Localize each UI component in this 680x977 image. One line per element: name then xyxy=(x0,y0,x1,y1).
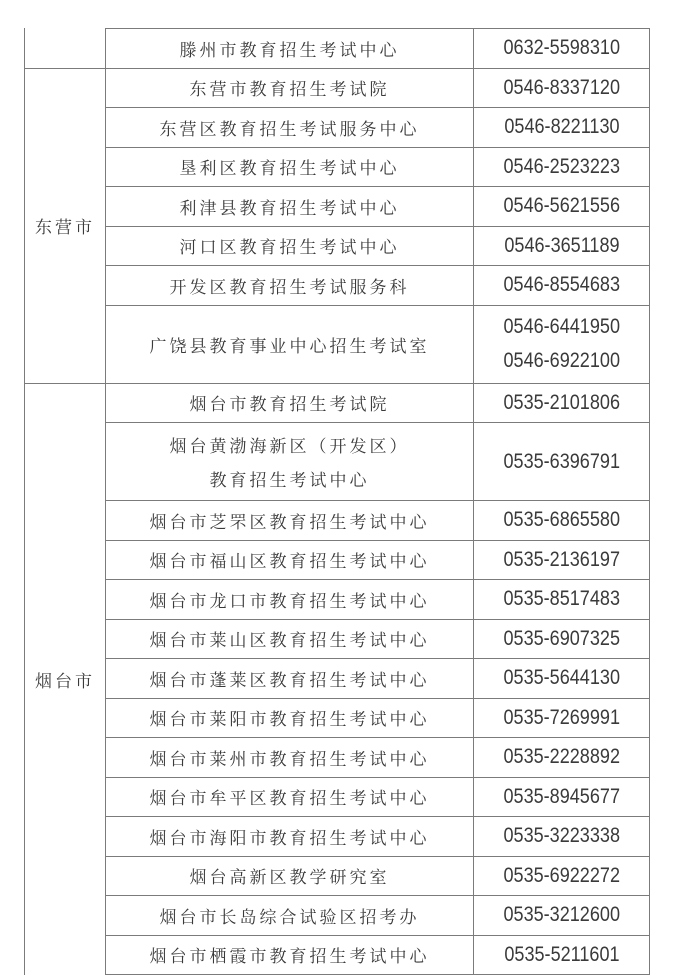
table-row: 广饶县教育事业中心招生考试室0546-64419500546-6922100 xyxy=(106,305,649,383)
institution-cell: 滕州市教育招生考试中心 xyxy=(106,29,473,68)
institution-name: 东营区教育招生考试服务中心 xyxy=(160,115,420,140)
city-band: 烟台市烟台市教育招生考试院0535-2101806烟台黄渤海新区（开发区）教育招… xyxy=(24,383,650,976)
phone-number: 0535-5644130 xyxy=(503,666,620,690)
institution-cell: 烟台市莱山区教育招生考试中心 xyxy=(106,620,473,659)
institution-name: 烟台市龙口市教育招生考试中心 xyxy=(150,587,430,612)
phone-number: 0546-8221130 xyxy=(504,115,619,139)
institution-name-lines: 烟台市栖霞市教育招生考试中心 xyxy=(106,936,473,975)
institution-name-lines: 广饶县教育事业中心招生考试室 xyxy=(106,306,473,383)
table-row: 烟台市牟平区教育招生考试中心0535-8945677 xyxy=(106,777,649,817)
institution-cell: 烟台市海阳市教育招生考试中心 xyxy=(106,817,473,856)
table-row: 烟台市海阳市教育招生考试中心0535-3223338 xyxy=(106,816,649,856)
phone-number-lines: 0535-2228892 xyxy=(474,738,649,777)
phone-cell: 0535-5644130 xyxy=(473,659,649,698)
institution-name-lines: 烟台市龙口市教育招生考试中心 xyxy=(106,580,473,619)
institution-name-lines: 烟台市莱山区教育招生考试中心 xyxy=(106,620,473,659)
institution-cell: 烟台高新区教学研究室 xyxy=(106,857,473,896)
institution-cell: 开发区教育招生考试服务科 xyxy=(106,266,473,305)
table-row: 烟台市莱州市教育招生考试中心0535-2228892 xyxy=(106,737,649,777)
phone-number: 0546-3651189 xyxy=(504,234,619,258)
phone-number: 0546-8337120 xyxy=(503,76,620,100)
institution-cell: 烟台市栖霞市教育招生考试中心 xyxy=(106,936,473,975)
table-row: 烟台市莱阳市教育招生考试中心0535-7269991 xyxy=(106,698,649,738)
table-row: 烟台市长岛综合试验区招考办0535-3212600 xyxy=(106,895,649,935)
phone-number-lines: 0535-5211601 xyxy=(474,936,649,975)
table-row: 烟台高新区教学研究室0535-6922272 xyxy=(106,856,649,896)
phone-number: 0535-6396791 xyxy=(503,450,620,474)
institution-name: 烟台市莱州市教育招生考试中心 xyxy=(150,745,430,770)
table-row: 开发区教育招生考试服务科0546-8554683 xyxy=(106,265,649,305)
institution-name: 东营市教育招生考试院 xyxy=(190,75,390,100)
phone-number: 0632-5598310 xyxy=(503,36,620,60)
phone-number-lines: 0535-3212600 xyxy=(474,896,649,935)
institution-name: 烟台市莱山区教育招生考试中心 xyxy=(150,626,430,651)
institution-name-lines: 河口区教育招生考试中心 xyxy=(106,227,473,266)
phone-cell: 0546-3651189 xyxy=(473,227,649,266)
phone-number-lines: 0546-3651189 xyxy=(474,227,649,266)
phone-cell: 0535-7269991 xyxy=(473,699,649,738)
table-row: 烟台市龙口市教育招生考试中心0535-8517483 xyxy=(106,579,649,619)
phone-cell: 0632-5598310 xyxy=(473,29,649,68)
phone-cell: 0535-6396791 xyxy=(473,423,649,500)
phone-number-lines: 0535-8945677 xyxy=(474,778,649,817)
institution-name-lines: 烟台市牟平区教育招生考试中心 xyxy=(106,778,473,817)
phone-cell: 0535-3212600 xyxy=(473,896,649,935)
institution-name-lines: 烟台市长岛综合试验区招考办 xyxy=(106,896,473,935)
phone-cell: 0546-64419500546-6922100 xyxy=(473,306,649,383)
institution-cell: 烟台市蓬莱区教育招生考试中心 xyxy=(106,659,473,698)
institution-name-lines: 烟台市福山区教育招生考试中心 xyxy=(106,541,473,580)
phone-cell: 0535-5211601 xyxy=(473,936,649,975)
city-band: 东营市东营市教育招生考试院0546-8337120东营区教育招生考试服务中心05… xyxy=(24,68,650,383)
phone-number: 0535-2136197 xyxy=(503,548,620,572)
institution-name-lines: 烟台市莱州市教育招生考试中心 xyxy=(106,738,473,777)
phone-number: 0535-7269991 xyxy=(503,706,620,730)
institution-cell: 广饶县教育事业中心招生考试室 xyxy=(106,306,473,383)
city-label: 烟台市 xyxy=(35,667,95,692)
institution-name: 烟台市牟平区教育招生考试中心 xyxy=(150,784,430,809)
institution-cell: 烟台市福山区教育招生考试中心 xyxy=(106,541,473,580)
phone-number: 0535-2101806 xyxy=(503,391,620,415)
phone-cell: 0535-8517483 xyxy=(473,580,649,619)
institution-name: 烟台市蓬莱区教育招生考试中心 xyxy=(150,666,430,691)
institution-cell: 烟台市牟平区教育招生考试中心 xyxy=(106,778,473,817)
institution-cell: 烟台市教育招生考试院 xyxy=(106,384,473,423)
phone-number-lines: 0546-8554683 xyxy=(474,266,649,305)
phone-number: 0535-2228892 xyxy=(503,745,620,769)
city-band: 滕州市教育招生考试中心0632-5598310 xyxy=(24,28,650,68)
institution-name: 烟台黄渤海新区（开发区） xyxy=(170,432,410,457)
phone-number-lines: 0535-3223338 xyxy=(474,817,649,856)
institution-name: 垦利区教育招生考试中心 xyxy=(180,154,400,179)
institution-name-lines: 滕州市教育招生考试中心 xyxy=(106,29,473,68)
phone-number: 0535-8945677 xyxy=(503,785,620,809)
institution-name: 烟台市栖霞市教育招生考试中心 xyxy=(150,942,430,967)
phone-cell: 0535-3223338 xyxy=(473,817,649,856)
exam-center-contact-table: 滕州市教育招生考试中心0632-5598310东营市东营市教育招生考试院0546… xyxy=(24,28,650,975)
city-cell: 东营市 xyxy=(24,69,105,383)
city-cell xyxy=(24,28,105,68)
institution-name-lines: 利津县教育招生考试中心 xyxy=(106,187,473,226)
phone-cell: 0546-5621556 xyxy=(473,187,649,226)
band-rows: 烟台市教育招生考试院0535-2101806烟台黄渤海新区（开发区）教育招生考试… xyxy=(105,384,650,976)
phone-number: 0535-5211601 xyxy=(504,943,619,967)
institution-name-lines: 烟台高新区教学研究室 xyxy=(106,857,473,896)
city-label: 东营市 xyxy=(35,213,95,238)
table-row: 烟台市栖霞市教育招生考试中心0535-5211601 xyxy=(106,935,649,975)
table-row: 烟台黄渤海新区（开发区）教育招生考试中心0535-6396791 xyxy=(106,422,649,500)
phone-number-lines: 0535-7269991 xyxy=(474,699,649,738)
phone-number-lines: 0535-6865580 xyxy=(474,501,649,540)
institution-name-lines: 烟台市蓬莱区教育招生考试中心 xyxy=(106,659,473,698)
institution-name: 烟台市教育招生考试院 xyxy=(190,390,390,415)
city-cell: 烟台市 xyxy=(24,384,105,976)
phone-number-lines: 0535-6396791 xyxy=(474,423,649,500)
institution-name: 利津县教育招生考试中心 xyxy=(180,194,400,219)
institution-cell: 烟台黄渤海新区（开发区）教育招生考试中心 xyxy=(106,423,473,500)
phone-number: 0535-8517483 xyxy=(503,587,620,611)
table-row: 利津县教育招生考试中心0546-5621556 xyxy=(106,186,649,226)
phone-number-lines: 0546-64419500546-6922100 xyxy=(474,306,649,383)
phone-cell: 0546-8554683 xyxy=(473,266,649,305)
phone-cell: 0535-2101806 xyxy=(473,384,649,423)
phone-number: 0546-8554683 xyxy=(503,273,620,297)
phone-number-lines: 0535-5644130 xyxy=(474,659,649,698)
phone-number-lines: 0535-6907325 xyxy=(474,620,649,659)
phone-number-lines: 0535-2136197 xyxy=(474,541,649,580)
institution-cell: 烟台市芝罘区教育招生考试中心 xyxy=(106,501,473,540)
phone-cell: 0535-6907325 xyxy=(473,620,649,659)
institution-cell: 烟台市龙口市教育招生考试中心 xyxy=(106,580,473,619)
phone-number: 0546-6922100 xyxy=(503,349,620,373)
table-row: 垦利区教育招生考试中心0546-2523223 xyxy=(106,147,649,187)
institution-name-lines: 烟台市教育招生考试院 xyxy=(106,384,473,423)
institution-cell: 东营市教育招生考试院 xyxy=(106,69,473,108)
institution-name: 烟台市长岛综合试验区招考办 xyxy=(160,903,420,928)
phone-cell: 0535-8945677 xyxy=(473,778,649,817)
institution-name-lines: 东营区教育招生考试服务中心 xyxy=(106,108,473,147)
phone-number: 0546-6441950 xyxy=(503,315,620,339)
institution-cell: 烟台市长岛综合试验区招考办 xyxy=(106,896,473,935)
phone-number: 0535-3223338 xyxy=(503,824,620,848)
phone-number: 0535-6865580 xyxy=(503,508,620,532)
phone-number-lines: 0546-8337120 xyxy=(474,69,649,108)
institution-name: 广饶县教育事业中心招生考试室 xyxy=(150,332,430,357)
institution-name: 烟台市莱阳市教育招生考试中心 xyxy=(150,705,430,730)
institution-name-lines: 东营市教育招生考试院 xyxy=(106,69,473,108)
table-row: 烟台市福山区教育招生考试中心0535-2136197 xyxy=(106,540,649,580)
phone-cell: 0546-8221130 xyxy=(473,108,649,147)
institution-name: 烟台市海阳市教育招生考试中心 xyxy=(150,824,430,849)
institution-cell: 利津县教育招生考试中心 xyxy=(106,187,473,226)
institution-name-lines: 烟台市海阳市教育招生考试中心 xyxy=(106,817,473,856)
phone-number: 0535-6922272 xyxy=(503,864,620,888)
phone-cell: 0546-8337120 xyxy=(473,69,649,108)
band-rows: 东营市教育招生考试院0546-8337120东营区教育招生考试服务中心0546-… xyxy=(105,69,650,383)
phone-number: 0546-5621556 xyxy=(503,194,620,218)
phone-number: 0535-3212600 xyxy=(503,903,620,927)
table-row: 东营区教育招生考试服务中心0546-8221130 xyxy=(106,107,649,147)
institution-name: 滕州市教育招生考试中心 xyxy=(180,36,400,61)
institution-name: 河口区教育招生考试中心 xyxy=(180,233,400,258)
institution-cell: 垦利区教育招生考试中心 xyxy=(106,148,473,187)
phone-number-lines: 0546-2523223 xyxy=(474,148,649,187)
table-row: 河口区教育招生考试中心0546-3651189 xyxy=(106,226,649,266)
institution-name-lines: 烟台市芝罘区教育招生考试中心 xyxy=(106,501,473,540)
institution-name: 烟台市芝罘区教育招生考试中心 xyxy=(150,508,430,533)
table-row: 滕州市教育招生考试中心0632-5598310 xyxy=(106,29,649,68)
phone-number: 0535-6907325 xyxy=(503,627,620,651)
institution-cell: 烟台市莱阳市教育招生考试中心 xyxy=(106,699,473,738)
table-row: 烟台市芝罘区教育招生考试中心0535-6865580 xyxy=(106,500,649,540)
table-row: 烟台市蓬莱区教育招生考试中心0535-5644130 xyxy=(106,658,649,698)
institution-cell: 东营区教育招生考试服务中心 xyxy=(106,108,473,147)
phone-cell: 0535-6865580 xyxy=(473,501,649,540)
band-rows: 滕州市教育招生考试中心0632-5598310 xyxy=(105,28,650,68)
phone-cell: 0535-6922272 xyxy=(473,857,649,896)
phone-cell: 0535-2136197 xyxy=(473,541,649,580)
institution-name-lines: 烟台市莱阳市教育招生考试中心 xyxy=(106,699,473,738)
institution-cell: 烟台市莱州市教育招生考试中心 xyxy=(106,738,473,777)
institution-name-lines: 烟台黄渤海新区（开发区）教育招生考试中心 xyxy=(106,423,473,500)
institution-name-lines: 垦利区教育招生考试中心 xyxy=(106,148,473,187)
institution-name: 开发区教育招生考试服务科 xyxy=(170,273,410,298)
institution-name-lines: 开发区教育招生考试服务科 xyxy=(106,266,473,305)
phone-number-lines: 0535-2101806 xyxy=(474,384,649,423)
institution-name: 烟台高新区教学研究室 xyxy=(190,863,390,888)
table-row: 烟台市教育招生考试院0535-2101806 xyxy=(106,384,649,423)
phone-number-lines: 0546-5621556 xyxy=(474,187,649,226)
institution-name: 教育招生考试中心 xyxy=(210,466,370,491)
institution-name: 烟台市福山区教育招生考试中心 xyxy=(150,547,430,572)
phone-number-lines: 0535-6922272 xyxy=(474,857,649,896)
phone-number-lines: 0546-8221130 xyxy=(474,108,649,147)
phone-cell: 0546-2523223 xyxy=(473,148,649,187)
phone-number: 0546-2523223 xyxy=(503,155,620,179)
phone-cell: 0535-2228892 xyxy=(473,738,649,777)
phone-number-lines: 0632-5598310 xyxy=(474,29,649,68)
table-row: 东营市教育招生考试院0546-8337120 xyxy=(106,69,649,108)
institution-cell: 河口区教育招生考试中心 xyxy=(106,227,473,266)
phone-number-lines: 0535-8517483 xyxy=(474,580,649,619)
table-row: 烟台市莱山区教育招生考试中心0535-6907325 xyxy=(106,619,649,659)
